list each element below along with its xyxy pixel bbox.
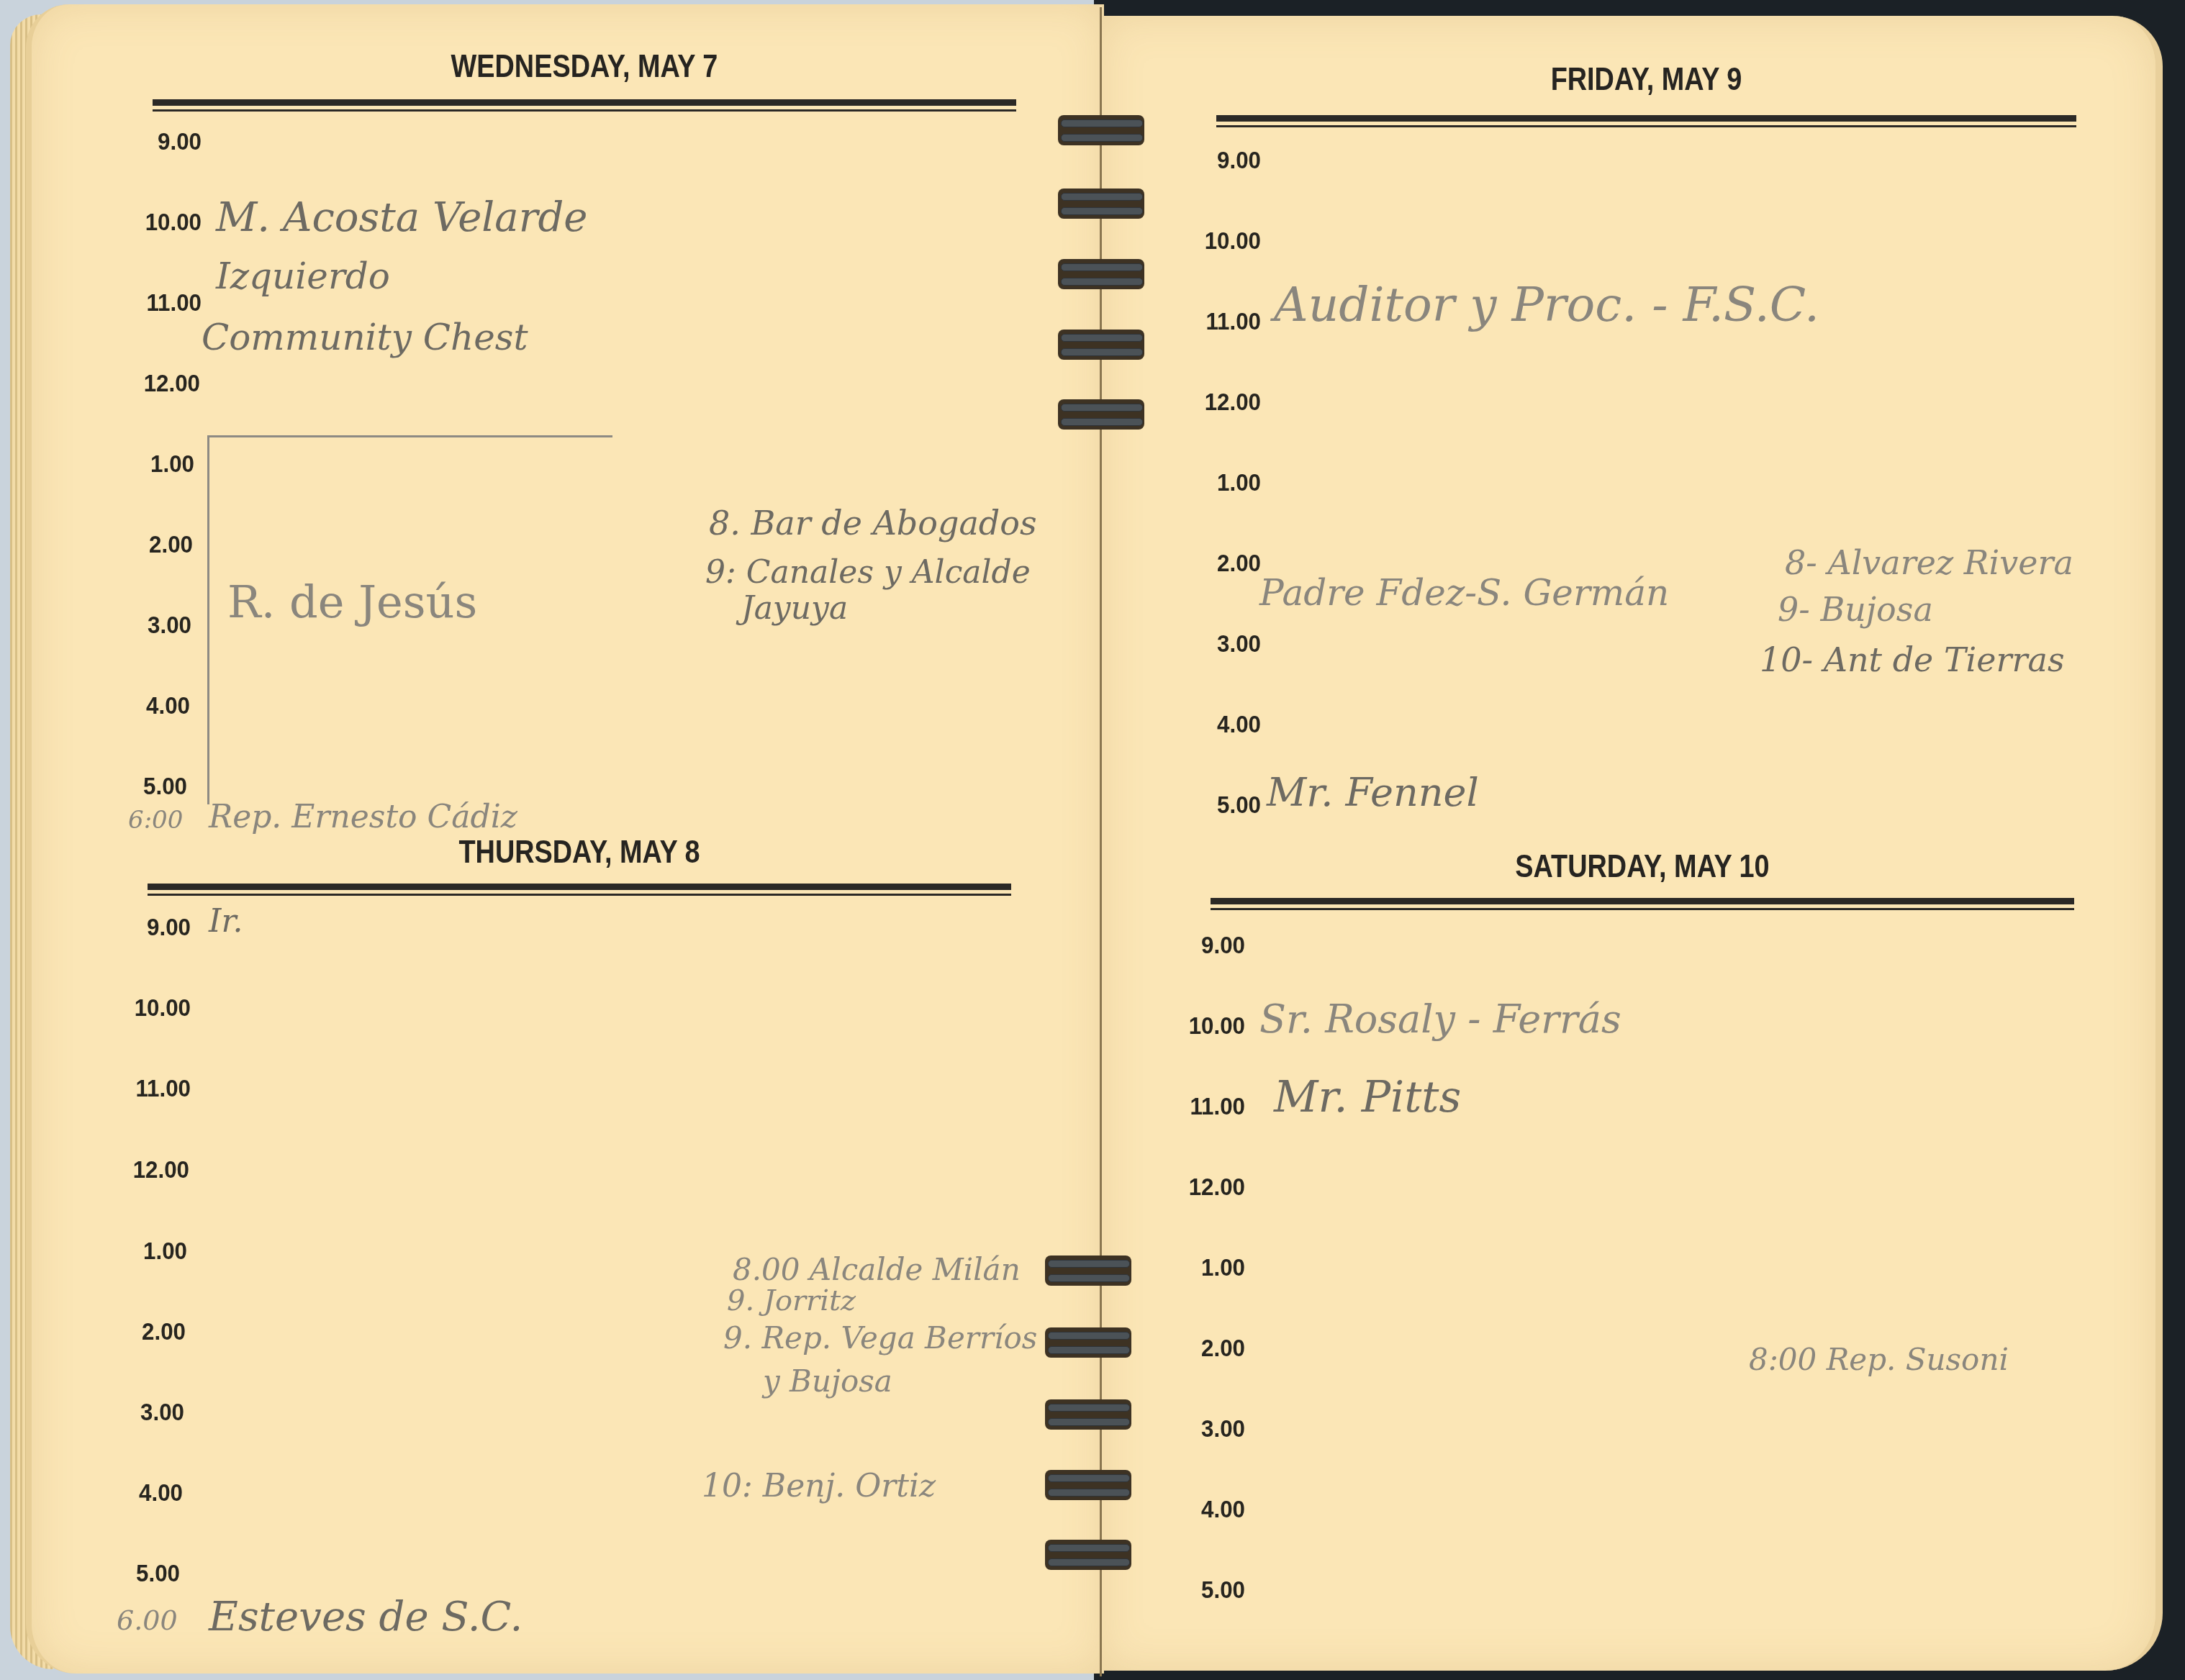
- header-rule-thin: [1216, 125, 2076, 127]
- time-label: 1.00: [1188, 469, 1261, 497]
- time-label: 1.00: [122, 450, 194, 478]
- time-label: 11.00: [1172, 1093, 1245, 1121]
- side-note: 10: Benj. Ortiz: [702, 1468, 936, 1504]
- time-label: 5.00: [107, 1560, 180, 1588]
- time-label: 12.00: [117, 1156, 189, 1184]
- handwritten-entry: Auditor y Proc. - F.S.C.: [1274, 277, 1819, 332]
- time-label: 2.00: [1172, 1335, 1245, 1363]
- time-label: 1.00: [1172, 1254, 1245, 1282]
- day-title: THURSDAY, MAY 8: [208, 835, 951, 871]
- header-rule-thin: [153, 109, 1016, 112]
- day-title: SATURDAY, MAY 10: [1271, 849, 2014, 885]
- spiral-coil: [1045, 1470, 1131, 1500]
- time-label: 10.00: [118, 994, 191, 1022]
- spiral-coil: [1058, 115, 1144, 145]
- handwritten-entry: Rep. Ernesto Cádiz: [209, 799, 517, 835]
- time-label: 11.00: [1188, 308, 1261, 336]
- time-label: 5.00: [1172, 1576, 1245, 1604]
- time-label: 12.00: [1172, 1173, 1245, 1202]
- time-label: 9.00: [1172, 932, 1245, 960]
- time-label: 2.00: [1188, 550, 1261, 578]
- time-label: 11.00: [118, 1075, 191, 1103]
- time-label: 9.00: [118, 914, 191, 942]
- day-saturday: SATURDAY, MAY 10: [1211, 842, 2074, 1633]
- handwritten-entry: Esteves de S.C.: [209, 1594, 522, 1640]
- time-label: 2.00: [120, 531, 193, 559]
- time-label: 4.00: [1172, 1496, 1245, 1524]
- header-rule: [1211, 898, 2074, 904]
- spiral-coil: [1045, 1399, 1131, 1430]
- handwritten-entry: R. de Jesús: [227, 576, 477, 628]
- spiral-coil: [1058, 189, 1144, 219]
- spiral-coil: [1058, 399, 1144, 430]
- time-label: 5.00: [114, 773, 187, 801]
- time-label: 9.00: [129, 128, 202, 156]
- header-rule: [148, 884, 1011, 890]
- time-label: 4.00: [1188, 711, 1261, 739]
- time-label: 12.00: [127, 370, 200, 398]
- handwritten-entry: 8:00 Rep. Susoni: [1749, 1342, 2009, 1377]
- handwritten-entry: M. Acosta Velarde: [216, 194, 587, 241]
- time-label: 5.00: [1188, 791, 1261, 819]
- side-note: 9- Bujosa: [1778, 590, 1933, 629]
- handwritten-time: 6.00: [117, 1604, 178, 1636]
- side-note: 9. Jorritz: [727, 1284, 856, 1317]
- header-rule-thin: [1211, 908, 2074, 910]
- handwritten-entry: Sr. Rosaly - Ferrás: [1259, 996, 1621, 1042]
- handwritten-entry: Community Chest: [202, 317, 528, 358]
- side-note: 8. Bar de Abogados: [709, 504, 1037, 542]
- day-friday: FRIDAY, MAY 9: [1216, 58, 2076, 849]
- time-label: 12.00: [1188, 389, 1261, 417]
- spiral-coil: [1058, 259, 1144, 289]
- side-note: 8- Alvarez Rivera: [1785, 543, 2073, 582]
- time-label: 3.00: [119, 612, 191, 640]
- day-title: WEDNESDAY, MAY 7: [213, 49, 956, 85]
- spiral-coil: [1058, 330, 1144, 360]
- handwritten-time: 6:00: [128, 806, 183, 835]
- time-label: 10.00: [1188, 227, 1261, 255]
- time-label: 10.00: [1172, 1012, 1245, 1040]
- header-rule: [153, 99, 1016, 106]
- time-label: 2.00: [113, 1318, 186, 1346]
- time-label: 3.00: [1188, 630, 1261, 658]
- time-label: 10.00: [129, 209, 202, 237]
- handwritten-entry: Mr. Pitts: [1274, 1072, 1461, 1122]
- time-label: 9.00: [1188, 147, 1261, 175]
- side-note: 8.00 Alcalde Milán: [733, 1252, 1021, 1287]
- spiral-coil: [1045, 1256, 1131, 1286]
- day-thursday: THURSDAY, MAY 8: [148, 835, 1011, 1626]
- handwritten-entry: Mr. Fennel: [1267, 770, 1479, 815]
- time-label: 3.00: [112, 1399, 184, 1427]
- time-label: 11.00: [129, 289, 202, 317]
- handwritten-entry: Padre Fdez-S. Germán: [1259, 572, 1669, 614]
- handwritten-entry: Ir.: [209, 903, 243, 940]
- header-rule-thin: [148, 894, 1011, 896]
- time-label: 1.00: [114, 1238, 187, 1266]
- spiral-coil: [1045, 1327, 1131, 1358]
- side-note: 10- Ant de Tierras: [1760, 640, 2065, 679]
- time-label: 3.00: [1172, 1415, 1245, 1443]
- side-note: 9. Rep. Vega Berríos: [723, 1320, 1037, 1356]
- handwritten-entry: Izquierdo: [216, 255, 390, 297]
- day-title: FRIDAY, MAY 9: [1277, 62, 2017, 98]
- time-label: 4.00: [117, 692, 190, 720]
- header-rule: [1216, 115, 2076, 122]
- spiral-coil: [1045, 1540, 1131, 1570]
- side-note: 9: Canales y Alcalde: [705, 554, 1031, 591]
- side-note: y Bujosa: [763, 1363, 892, 1399]
- side-note: Jayuya: [741, 590, 848, 627]
- time-label: 4.00: [110, 1479, 183, 1507]
